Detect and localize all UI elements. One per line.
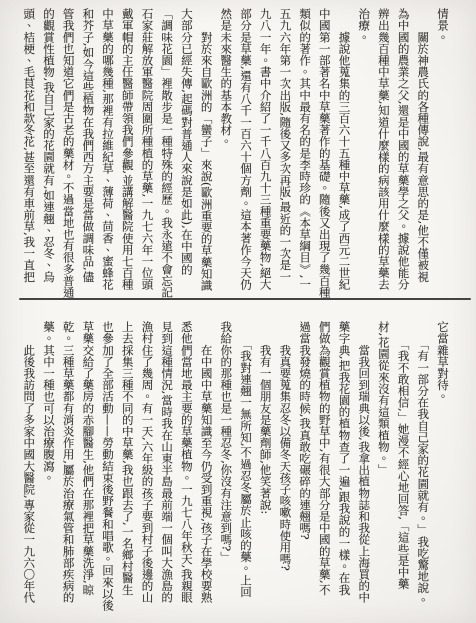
- text-column: 管我們也知道它們是古老的藥材。不過當地也有很多普通: [58, 8, 78, 300]
- text-column: 「調味花園」裡散步是一種特殊的經歷。我永遠不會忘記: [156, 8, 176, 300]
- text-column: 然是未來醫生的基本教材。: [216, 8, 236, 300]
- text-column: 「我對連翹一無所知,不過忍冬屬於止咳的藥。上回: [235, 321, 255, 613]
- text-column: 情景。: [432, 8, 452, 300]
- text-column: 中草藥的哪幾種,那裡有拉維紀草、薄荷、茴香、蜜蜂花: [97, 8, 117, 300]
- text-column: 它當雜草對待。: [432, 321, 452, 613]
- bottom-text-block: 它當雜草對待。 「有一部分在我自己家的花園就有。」我吃驚地說。 「我不敢相信,」…: [19, 321, 452, 613]
- text-column: 五九六年第一次出版,隨後又多次再版,最近的一次是一: [275, 8, 295, 300]
- text-column: 和芥子,如今這些植物在我們西方主要是當做調味品,儘: [78, 8, 98, 300]
- text-column: 據說他蒐集的三百六十五種中草藥,成了西元二世紀: [334, 8, 354, 300]
- text-column: 在中國中草藥知識至今仍受到重視,孩子在學校要熟: [196, 321, 216, 613]
- text-column: 上去採集三種不同的中草藥,我也跟去了,一名鄉村醫生: [117, 321, 137, 613]
- text-column: 們做為觀賞植物的野草中,有很大部分是中國的草藥,不: [314, 321, 334, 613]
- top-text-block: 情景。 關於神農氏的各種傳說,最有意思的是,他不僅被視為中國的農業之父,還是中國…: [19, 8, 452, 300]
- text-column: 我有一個朋友是藥劑師,他笑著說:: [255, 321, 275, 613]
- text-column: 也參加了全部活動——勞動結束後野餐和唱歌。回來以後: [97, 321, 117, 613]
- text-column: 藥。其中一種也可以治療腹瀉。: [38, 321, 58, 613]
- text-column: 石家莊解放軍醫院周圍所種植的草藥,一九七六年一位頭: [137, 8, 157, 300]
- text-column: 乾。三種草藥都有消炎作用,屬於治療氣管和肺部疾病的: [58, 321, 78, 613]
- text-column: 頭、桔梗、毛茛花和款冬花,甚至還有車前草,我一直把: [19, 8, 39, 300]
- text-column: 過當我發燒的時候,我真敢吃碾碎的連翹嗎?: [294, 321, 314, 613]
- text-column: 「我不敢相信,」她漫不經心地回答,「這些是中藥: [393, 321, 413, 613]
- text-column: 類似的著作。其中最有名的是李時珍的《本草綱目》,一: [294, 8, 314, 300]
- text-column: 辨出幾百種中草藥,知道什麼樣的病該用什麼樣的草藥去: [373, 8, 393, 300]
- text-column: 部分是草藥,還有八千一百六十個方劑。這本著作今天仍: [235, 8, 255, 300]
- text-column: 關於神農氏的各種傳說,最有意思的是,他不僅被視: [413, 8, 433, 300]
- text-column: 我真要蒐集忍冬以備冬天孩子咳嗽時使用嗎?: [275, 321, 295, 613]
- text-column: 的觀賞性植物,我自己家的花園就有,如連翹、忍冬、烏: [38, 8, 58, 300]
- text-column: 藥字典,把我花園的植物查了一遍,跟我說的一樣。在我: [334, 321, 354, 613]
- text-column: 戴軍帽的主任醫師帶領我們參觀,並講解醫院使用七百種: [117, 8, 137, 300]
- text-column: 當我回到瑞典以後,我拿出植物誌和我從上海買的中: [353, 321, 373, 613]
- text-column: 草藥交給了藥房的赤腳醫生,他們在那裡把草藥洗淨,晾: [78, 321, 98, 613]
- text-column: 見到這種情況,當時我在山東半島最前端一個叫大漁島的: [156, 321, 176, 613]
- page-divider-rule: [19, 298, 471, 300]
- text-column: 九八一年。書中介紹了一千八百九十三種重要藥物,絕大: [255, 8, 275, 300]
- text-column: 此後我訪問了多家中國大醫院,專家從一九六〇年代: [19, 321, 39, 613]
- text-column: 對於來自歐洲的「蠻子」來說(歐洲重要的草藥知識: [196, 8, 216, 300]
- text-column: 「有一部分在我自己家的花園就有。」我吃驚地說。: [413, 321, 433, 613]
- text-column: 悉他們當地最主要的草藥植物。一九七八年秋天,我親眼: [176, 321, 196, 613]
- text-column: 大部分已經失傳,起碼對普通人來說是如此),在中國的: [176, 8, 196, 300]
- text-column: 材,花園從來沒有這類植物。」: [373, 321, 393, 613]
- text-column: 治療。: [353, 8, 373, 300]
- text-column: 我給你的那種也是一種忍冬,你沒有注意到嗎?」: [216, 321, 236, 613]
- text-column: 為中國的農業之父,還是中國的草藥學之父。據說他能分: [393, 8, 413, 300]
- text-column: 漁村住了幾周。有一天,六年級的孩子要到村子後邊的山: [137, 321, 157, 613]
- book-page: 情景。 關於神農氏的各種傳說,最有意思的是,他不僅被視為中國的農業之父,還是中國…: [0, 0, 476, 623]
- text-column: 中國第一部著名中草藥著作的基礎。隨後又出現了幾百種: [314, 8, 334, 300]
